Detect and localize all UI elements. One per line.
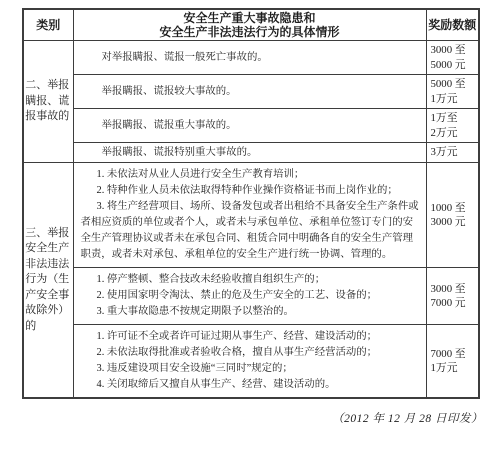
reward-amount-cell: 1000 至3000 元	[426, 163, 479, 268]
reward-amount-line: 3万元	[431, 145, 478, 160]
situation-cell: 对举报瞒报、谎报一般死亡事故的。	[73, 41, 426, 75]
list-item: 2. 使用国家明令淘汰、禁止的危及生产安全的工艺、设备的；	[81, 288, 421, 304]
header-situation: 安全生产重大事故隐患和 安全生产非法违法行为的具体情形	[73, 9, 426, 41]
table-row: 1. 许可证不全或者许可证过期从事生产、经营、建设活动的；2. 未依法取得批准或…	[23, 325, 479, 399]
header-situation-line2: 安全生产非法违法行为的具体情形	[74, 25, 426, 39]
header-category: 类别	[23, 9, 73, 41]
situation-cell: 1. 许可证不全或者许可证过期从事生产、经营、建设活动的；2. 未依法取得批准或…	[73, 325, 426, 399]
reward-amount-line: 1万元	[431, 92, 478, 107]
list-item: 1. 未依法对从业人员进行安全生产教育培训；	[81, 167, 421, 183]
reward-amount-line: 3000 至	[431, 282, 478, 297]
reward-amount-line: 5000 至	[431, 77, 478, 92]
table-row: 举报瞒报、谎报特别重大事故的。3万元	[23, 143, 479, 163]
header-situation-line1: 安全生产重大事故隐患和	[74, 11, 426, 25]
category-label: 三、举报安全生产非法违法行为（生产安全事故除外）的	[25, 226, 71, 335]
situation-cell: 举报瞒报、谎报特别重大事故的。	[73, 143, 426, 163]
reward-amount-cell: 3万元	[426, 143, 479, 163]
category-cell: 三、举报安全生产非法违法行为（生产安全事故除外）的	[23, 163, 73, 399]
list-item: 1. 许可证不全或者许可证过期从事生产、经营、建设活动的；	[81, 329, 421, 345]
table-row: 1. 停产整顿、整合技改未经验收擅自组织生产的；2. 使用国家明令淘汰、禁止的危…	[23, 268, 479, 325]
reward-amount-line: 3000 至	[431, 43, 478, 58]
list-item: 3. 违反建设项目安全设施“三同时”规定的；	[81, 361, 421, 377]
reward-amount-line: 7000 元	[431, 296, 478, 311]
reward-amount-cell: 7000 至1万元	[426, 325, 479, 399]
reward-amount-line: 1万元	[431, 361, 478, 376]
category-label: 二、举报瞒报、谎报事故的	[25, 78, 71, 125]
situation-cell: 举报瞒报、谎报重大事故的。	[73, 109, 426, 143]
list-item: 2. 未依法取得批准或者验收合格，擅自从事生产经营活动的；	[81, 345, 421, 361]
reward-table: 类别 安全生产重大事故隐患和 安全生产非法违法行为的具体情形 奖励数额 二、举报…	[22, 8, 480, 399]
table-header-row: 类别 安全生产重大事故隐患和 安全生产非法违法行为的具体情形 奖励数额	[23, 9, 479, 41]
reward-amount-line: 7000 至	[431, 347, 478, 362]
document-page: 类别 安全生产重大事故隐患和 安全生产非法违法行为的具体情形 奖励数额 二、举报…	[0, 0, 500, 454]
category-cell: 二、举报瞒报、谎报事故的	[23, 41, 73, 163]
situation-cell: 举报瞒报、谎报较大事故的。	[73, 75, 426, 109]
reward-amount-line: 3000 元	[431, 215, 478, 230]
list-item: 4. 关闭取缔后又擅自从事生产、经营、建设活动的。	[81, 377, 421, 393]
reward-amount-line: 5000 元	[431, 58, 478, 73]
list-item: 3. 重大事故隐患不按规定期限予以整治的。	[81, 304, 421, 320]
reward-amount-line: 1000 至	[431, 201, 478, 216]
reward-amount-cell: 3000 至7000 元	[426, 268, 479, 325]
reward-amount-line: 1万至	[431, 111, 478, 126]
table-row: 二、举报瞒报、谎报事故的对举报瞒报、谎报一般死亡事故的。3000 至5000 元	[23, 41, 479, 75]
list-item: 1. 停产整顿、整合技改未经验收擅自组织生产的；	[81, 272, 421, 288]
list-item: 3. 将生产经营项目、场所、设备发包或者出租给不具备安全生产条件或者相应资质的单…	[81, 199, 421, 263]
reward-amount-cell: 5000 至1万元	[426, 75, 479, 109]
situation-cell: 1. 停产整顿、整合技改未经验收擅自组织生产的；2. 使用国家明令淘汰、禁止的危…	[73, 268, 426, 325]
header-reward: 奖励数额	[426, 9, 479, 41]
table-row: 三、举报安全生产非法违法行为（生产安全事故除外）的1. 未依法对从业人员进行安全…	[23, 163, 479, 268]
list-item: 2. 特种作业人员未依法取得特种作业操作资格证书而上岗作业的；	[81, 183, 421, 199]
table-row: 举报瞒报、谎报重大事故的。1万至2万元	[23, 109, 479, 143]
reward-amount-line: 2万元	[431, 126, 478, 141]
reward-amount-cell: 3000 至5000 元	[426, 41, 479, 75]
table-row: 举报瞒报、谎报较大事故的。5000 至1万元	[23, 75, 479, 109]
situation-cell: 1. 未依法对从业人员进行安全生产教育培训；2. 特种作业人员未依法取得特种作业…	[73, 163, 426, 268]
reward-amount-cell: 1万至2万元	[426, 109, 479, 143]
print-date-note: （2012 年 12 月 28 日印发）	[332, 410, 483, 426]
